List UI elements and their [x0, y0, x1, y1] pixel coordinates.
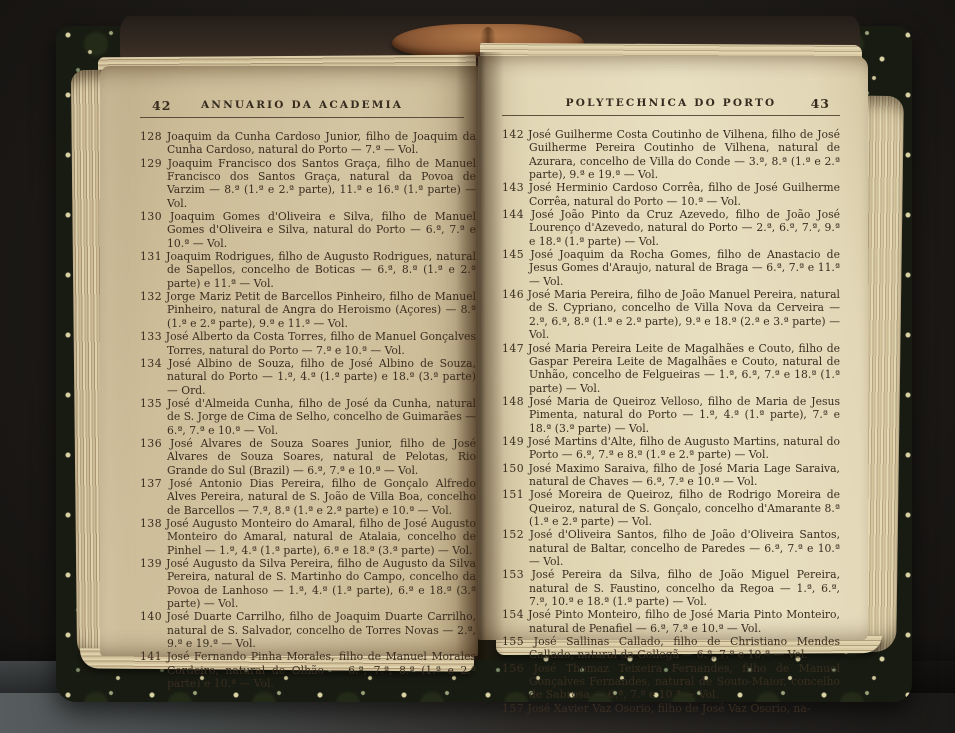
entry-text: José Herminio Cardoso Corrêa, filho de J…: [529, 181, 840, 207]
entry-number: 144: [502, 208, 524, 221]
catalog-entry: 155 José Sallinas Callado, filho de Chri…: [502, 635, 840, 662]
entry-number: 150: [502, 462, 524, 475]
entry-list-left: 128 Joaquim da Cunha Cardoso Junior, fil…: [140, 130, 476, 690]
entry-number: 145: [502, 248, 524, 261]
entry-number: 155: [502, 635, 524, 648]
entry-text: José Fernando Pinha Morales, filho de Ma…: [167, 650, 476, 690]
page-right: POLYTECHNICA DO PORTO 43 142 José Guilhe…: [478, 56, 868, 640]
entry-number: 153: [502, 568, 524, 581]
entry-number: 151: [502, 488, 524, 501]
entry-text: José Guilherme Costa Coutinho de Vilhena…: [528, 128, 840, 181]
catalog-entry: 128 Joaquim da Cunha Cardoso Junior, fil…: [140, 130, 476, 157]
catalog-entry: 153 José Pereira da Silva, filho de João…: [502, 568, 840, 608]
catalog-entry: 143 José Herminio Cardoso Corrêa, filho …: [502, 181, 840, 208]
entry-text: José Maria de Queiroz Velloso, filho de …: [529, 395, 840, 435]
catalog-entry: 142 José Guilherme Costa Coutinho de Vil…: [502, 128, 840, 181]
catalog-entry: 149 José Martins d'Alte, filho de August…: [502, 435, 840, 462]
catalog-entry: 144 José João Pinto da Cruz Azevedo, fil…: [502, 208, 840, 248]
header-rule-left: [140, 117, 464, 118]
page-number-right: 43: [811, 96, 830, 111]
entry-number: 136: [140, 437, 162, 450]
entry-text: José Martins d'Alte, filho de Augusto Ma…: [528, 435, 840, 461]
entry-text: José d'Oliveira Santos, filho de João d'…: [529, 528, 840, 568]
entry-number: 141: [140, 650, 162, 663]
catalog-entry: 141 José Fernando Pinha Morales, filho d…: [140, 650, 476, 690]
entry-text: José Maria Pereira Leite de Magalhães e …: [528, 342, 840, 395]
entry-text: José Augusto Monteiro do Amaral, filho d…: [166, 517, 476, 557]
entry-text: José d'Almeida Cunha, filho de José da C…: [167, 397, 476, 437]
entry-list-right: 142 José Guilherme Costa Coutinho de Vil…: [502, 128, 840, 715]
entry-text: José Joaquim da Rocha Gomes, filho de An…: [529, 248, 840, 288]
header-rule-right: [502, 115, 840, 116]
entry-text: José Augusto da Silva Pereira, filho de …: [166, 557, 476, 610]
running-header-right: POLYTECHNICA DO PORTO 43: [502, 96, 840, 112]
entry-text: José João Pinto da Cruz Azevedo, filho d…: [529, 208, 840, 248]
catalog-entry: 156 José Thomaz Teixeira Fernandes, filh…: [502, 662, 840, 702]
entry-text: José Maximo Saraiva, filho de José Maria…: [529, 462, 840, 488]
entry-text: José Pinto Monteiro, filho de José Maria…: [528, 608, 840, 634]
entry-text: José Maria Pereira, filho de João Manuel…: [528, 288, 840, 341]
entry-number: 135: [140, 397, 162, 410]
entry-number: 128: [140, 130, 162, 143]
entry-number: 138: [140, 517, 162, 530]
entry-number: 147: [502, 342, 524, 355]
entry-number: 143: [502, 181, 524, 194]
entry-text: Joaquim da Cunha Cardoso Junior, filho d…: [167, 130, 476, 156]
entry-number: 146: [502, 288, 524, 301]
page-left: 42 ANNUARIO DA ACADEMIA 128 Joaquim da C…: [100, 66, 478, 656]
entry-number: 131: [140, 250, 162, 263]
catalog-entry: 137 José Antonio Dias Pereira, filho de …: [140, 477, 476, 517]
entry-text: José Duarte Carrilho, filho de Joaquim D…: [167, 610, 476, 650]
catalog-entry: 154 José Pinto Monteiro, filho de José M…: [502, 608, 840, 635]
entry-text: Joaquim Rodrigues, filho de Augusto Rodr…: [166, 250, 476, 290]
catalog-entry: 139 José Augusto da Silva Pereira, filho…: [140, 557, 476, 610]
running-header-left: 42 ANNUARIO DA ACADEMIA: [140, 98, 464, 114]
running-title-right: POLYTECHNICA DO PORTO: [502, 97, 840, 109]
entry-number: 152: [502, 528, 524, 541]
catalog-entry: 130 Joaquim Gomes d'Oliveira e Silva, fi…: [140, 210, 476, 250]
running-title-left: ANNUARIO DA ACADEMIA: [140, 99, 464, 111]
catalog-entry: 140 José Duarte Carrilho, filho de Joaqu…: [140, 610, 476, 650]
entry-text: Joaquim Gomes d'Oliveira e Silva, filho …: [167, 210, 476, 250]
catalog-entry: 157 José Xavier Vaz Osorio, filho de Jos…: [502, 702, 840, 715]
catalog-entry: 150 José Maximo Saraiva, filho de José M…: [502, 462, 840, 489]
entry-number: 129: [140, 157, 162, 170]
catalog-entry: 135 José d'Almeida Cunha, filho de José …: [140, 397, 476, 437]
catalog-entry: 152 José d'Oliveira Santos, filho de Joã…: [502, 528, 840, 568]
entry-text: José Albino de Souza, filho de José Albi…: [167, 357, 476, 397]
entry-text: José Alvares de Souza Soares Junior, fil…: [167, 437, 476, 477]
entry-number: 154: [502, 608, 524, 621]
entry-number: 139: [140, 557, 162, 570]
entry-text: Joaquim Francisco dos Santos Graça, filh…: [167, 157, 476, 210]
entry-text: José Antonio Dias Pereira, filho de Gonç…: [167, 477, 476, 517]
catalog-entry: 147 José Maria Pereira Leite de Magalhãe…: [502, 342, 840, 395]
catalog-entry: 145 José Joaquim da Rocha Gomes, filho d…: [502, 248, 840, 288]
catalog-entry: 136 José Alvares de Souza Soares Junior,…: [140, 437, 476, 477]
entry-text: Jorge Mariz Petit de Barcellos Pinheiro,…: [166, 290, 476, 330]
entry-text: José Alberto da Costa Torres, filho de M…: [166, 330, 476, 356]
entry-number: 140: [140, 610, 162, 623]
entry-number: 156: [502, 662, 524, 675]
catalog-entry: 148 José Maria de Queiroz Velloso, filho…: [502, 395, 840, 435]
entry-number: 157: [502, 702, 524, 715]
catalog-entry: 134 José Albino de Souza, filho de José …: [140, 357, 476, 397]
catalog-entry: 132 Jorge Mariz Petit de Barcellos Pinhe…: [140, 290, 476, 330]
catalog-entry: 151 José Moreira de Queiroz, filho de Ro…: [502, 488, 840, 528]
catalog-entry: 133 José Alberto da Costa Torres, filho …: [140, 330, 476, 357]
entry-number: 132: [140, 290, 162, 303]
entry-number: 130: [140, 210, 162, 223]
catalog-entry: 129 Joaquim Francisco dos Santos Graça, …: [140, 157, 476, 210]
entry-number: 133: [140, 330, 162, 343]
catalog-entry: 131 Joaquim Rodrigues, filho de Augusto …: [140, 250, 476, 290]
entry-number: 142: [502, 128, 524, 141]
entry-text: José Sallinas Callado, filho de Christia…: [529, 635, 840, 661]
entry-text: José Thomaz Teixeira Fernandes, filho de…: [529, 662, 840, 702]
entry-number: 148: [502, 395, 524, 408]
entry-number: 137: [140, 477, 162, 490]
catalog-entry: 146 José Maria Pereira, filho de João Ma…: [502, 288, 840, 341]
entry-text: José Pereira da Silva, filho de João Mig…: [529, 568, 840, 608]
entry-number: 134: [140, 357, 162, 370]
book-photograph: 42 ANNUARIO DA ACADEMIA 128 Joaquim da C…: [0, 0, 955, 733]
catalog-entry: 138 José Augusto Monteiro do Amaral, fil…: [140, 517, 476, 557]
entry-text: José Moreira de Queiroz, filho de Rodrig…: [529, 488, 840, 528]
entry-number: 149: [502, 435, 524, 448]
entry-text: José Xavier Vaz Osorio, filho de José Va…: [528, 702, 811, 715]
